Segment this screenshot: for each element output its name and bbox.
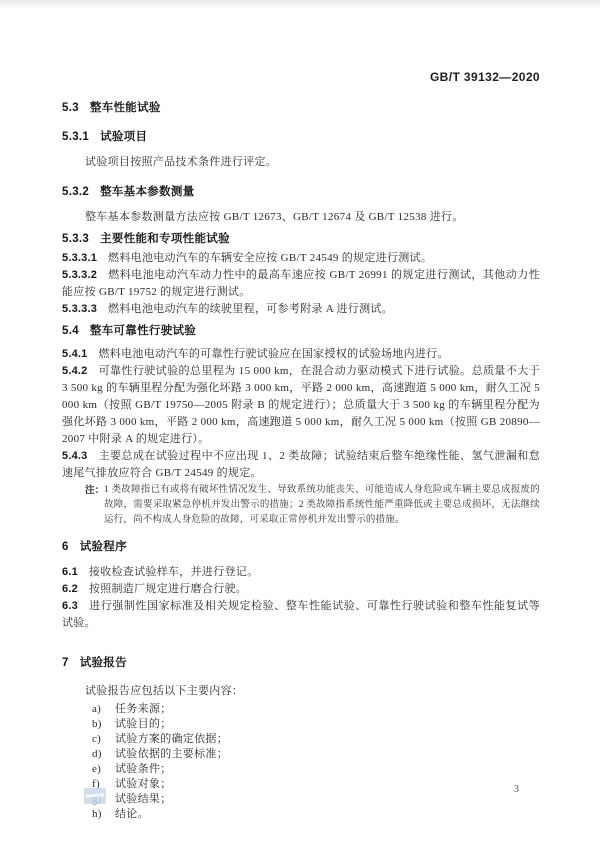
section-title: 试验报告 [80,657,127,669]
item-marker: c) [92,732,115,747]
section-5-3-3-heading: 5.3.3主要性能和专项性能试验 [62,232,540,246]
section-number: 5.3 [62,102,79,114]
section-number: 5.3.3 [62,233,89,245]
clause-number: 6.3 [62,600,78,612]
clause-text: 按照制造厂规定进行磨合行驶。 [89,583,247,595]
clause-6-3: 6.3进行强制性国家标准及相关规定检验、整车性能试验、可靠性行驶试验和整车性能复… [62,598,540,632]
page-number: 3 [514,784,519,795]
report-item-list: a)任务来源； b)试验目的； c)试验方案的确定依据； d)试验依据的主要标准… [62,702,540,822]
clause-text: 可靠性行驶试验的总里程为 15 000 km，在混合动力驱动模式下进行试验。总质… [62,365,540,445]
clause-number: 5.4.3 [62,450,87,462]
standard-code: GB/T 39132—2020 [430,70,540,84]
section-5-3-heading: 5.3整车性能试验 [62,101,540,115]
section-7-heading: 7试验报告 [62,656,540,670]
note-label: 注： [85,483,104,498]
clause-number: 5.3.3.2 [62,269,97,281]
clause-5-4-2: 5.4.2可靠性行驶试验的总里程为 15 000 km，在混合动力驱动模式下进行… [62,363,540,448]
clause-text: 接收检查试验样车，并进行登记。 [89,566,259,578]
item-text: 试验方案的确定依据； [115,733,228,745]
clause-number: 6.1 [62,566,78,578]
item-marker: a) [92,702,115,717]
item-text: 试验结果； [115,793,172,805]
report-item-g: g)试验结果； [62,792,540,807]
clause-text: 主要总成在试验过程中不应出现 1、2 类故障；试验结束后整车绝缘性能、氢气泄漏和… [62,450,540,479]
clause-5-3-3-1: 5.3.3.1燃料电池电动汽车的车辆安全应按 GB/T 24549 的规定进行测… [62,250,540,267]
report-item-c: c)试验方案的确定依据； [62,732,540,747]
section-title: 整车可靠性行驶试验 [90,325,196,337]
clause-text: 燃料电池电动汽车的车辆安全应按 GB/T 24549 的规定进行测试。 [108,252,432,264]
page-header: GB/T 39132—2020 [62,70,540,85]
clause-5-3-3-3: 5.3.3.3燃料电池电动汽车的续驶里程，可参考附录 A 进行测试。 [62,301,540,318]
clause-5-4-3: 5.4.3主要总成在试验过程中不应出现 1、2 类故障；试验结束后整车绝缘性能、… [62,448,540,482]
note-text: 1 类故障指已有或将有破坏性情况发生、导致系统功能丧失、可能造成人身危险或车辆主… [104,485,540,525]
section-5-4-heading: 5.4整车可靠性行驶试验 [62,324,540,338]
report-item-d: d)试验依据的主要标准； [62,747,540,762]
paragraph-5-3-2: 整车基本参数测量方法应按 GB/T 12673、GB/T 12674 及 GB/… [62,209,540,226]
item-marker: d) [92,747,115,762]
clause-text: 燃料电池电动汽车动力性中的最高车速应按 GB/T 26991 的规定进行测试，其… [62,269,540,298]
clause-6-2: 6.2按照制造厂规定进行磨合行驶。 [62,581,540,598]
clause-number: 6.2 [62,583,78,595]
sac-logo-watermark-icon [84,788,106,804]
item-marker: b) [92,717,115,732]
section-title: 试验程序 [80,541,127,553]
report-item-h: h)结论。 [62,807,540,822]
report-item-f: f)试验对象； [62,777,540,792]
document-page: GB/T 39132—2020 5.3整车性能试验 5.3.1试验项目 试验项目… [0,0,600,855]
clause-text: 燃料电池电动汽车的可靠性行驶试验应在国家授权的试验场地内进行。 [98,348,448,360]
clause-number: 5.3.3.3 [62,303,97,315]
clause-number: 5.4.2 [62,365,87,377]
section-5-3-1-heading: 5.3.1试验项目 [62,130,540,144]
section-number: 5.3.1 [62,131,89,143]
clause-number: 5.4.1 [62,348,87,360]
clause-5-4-1: 5.4.1燃料电池电动汽车的可靠性行驶试验应在国家授权的试验场地内进行。 [62,346,540,363]
item-text: 试验对象； [115,778,172,790]
item-text: 试验目的； [115,718,172,730]
section-number: 6 [62,541,69,553]
clause-6-1: 6.1接收检查试验样车，并进行登记。 [62,564,540,581]
note-block: 注：1 类故障指已有或将有破坏性情况发生、导致系统功能丧失、可能造成人身危险或车… [85,483,540,528]
report-item-e: e)试验条件； [62,762,540,777]
report-item-b: b)试验目的； [62,717,540,732]
document-content: GB/T 39132—2020 5.3整车性能试验 5.3.1试验项目 试验项目… [62,70,540,822]
report-item-a: a)任务来源； [62,702,540,717]
item-text: 试验依据的主要标准； [115,748,228,760]
section-number: 7 [62,657,69,669]
item-text: 结论。 [115,808,149,820]
clause-text: 进行强制性国家标准及相关规定检验、整车性能试验、可靠性行驶试验和整车性能复试等试… [62,600,540,629]
section-6-heading: 6试验程序 [62,540,540,554]
section-title: 试验项目 [100,131,147,143]
paragraph-7-intro: 试验报告应包括以下主要内容： [62,683,540,700]
clause-5-3-3-2: 5.3.3.2燃料电池电动汽车动力性中的最高车速应按 GB/T 26991 的规… [62,267,540,301]
item-marker: e) [92,762,115,777]
section-title: 主要性能和专项性能试验 [100,233,230,245]
paragraph-5-3-1: 试验项目按照产品技术条件进行评定。 [62,154,540,171]
clause-text: 燃料电池电动汽车的续驶里程，可参考附录 A 进行测试。 [108,303,393,315]
section-5-3-2-heading: 5.3.2整车基本参数测量 [62,185,540,199]
clause-number: 5.3.3.1 [62,252,97,264]
item-marker: h) [92,807,115,822]
section-title: 整车基本参数测量 [100,186,194,198]
item-text: 试验条件； [115,763,172,775]
section-number: 5.4 [62,325,79,337]
section-title: 整车性能试验 [90,102,161,114]
item-text: 任务来源； [115,703,172,715]
section-number: 5.3.2 [62,186,89,198]
